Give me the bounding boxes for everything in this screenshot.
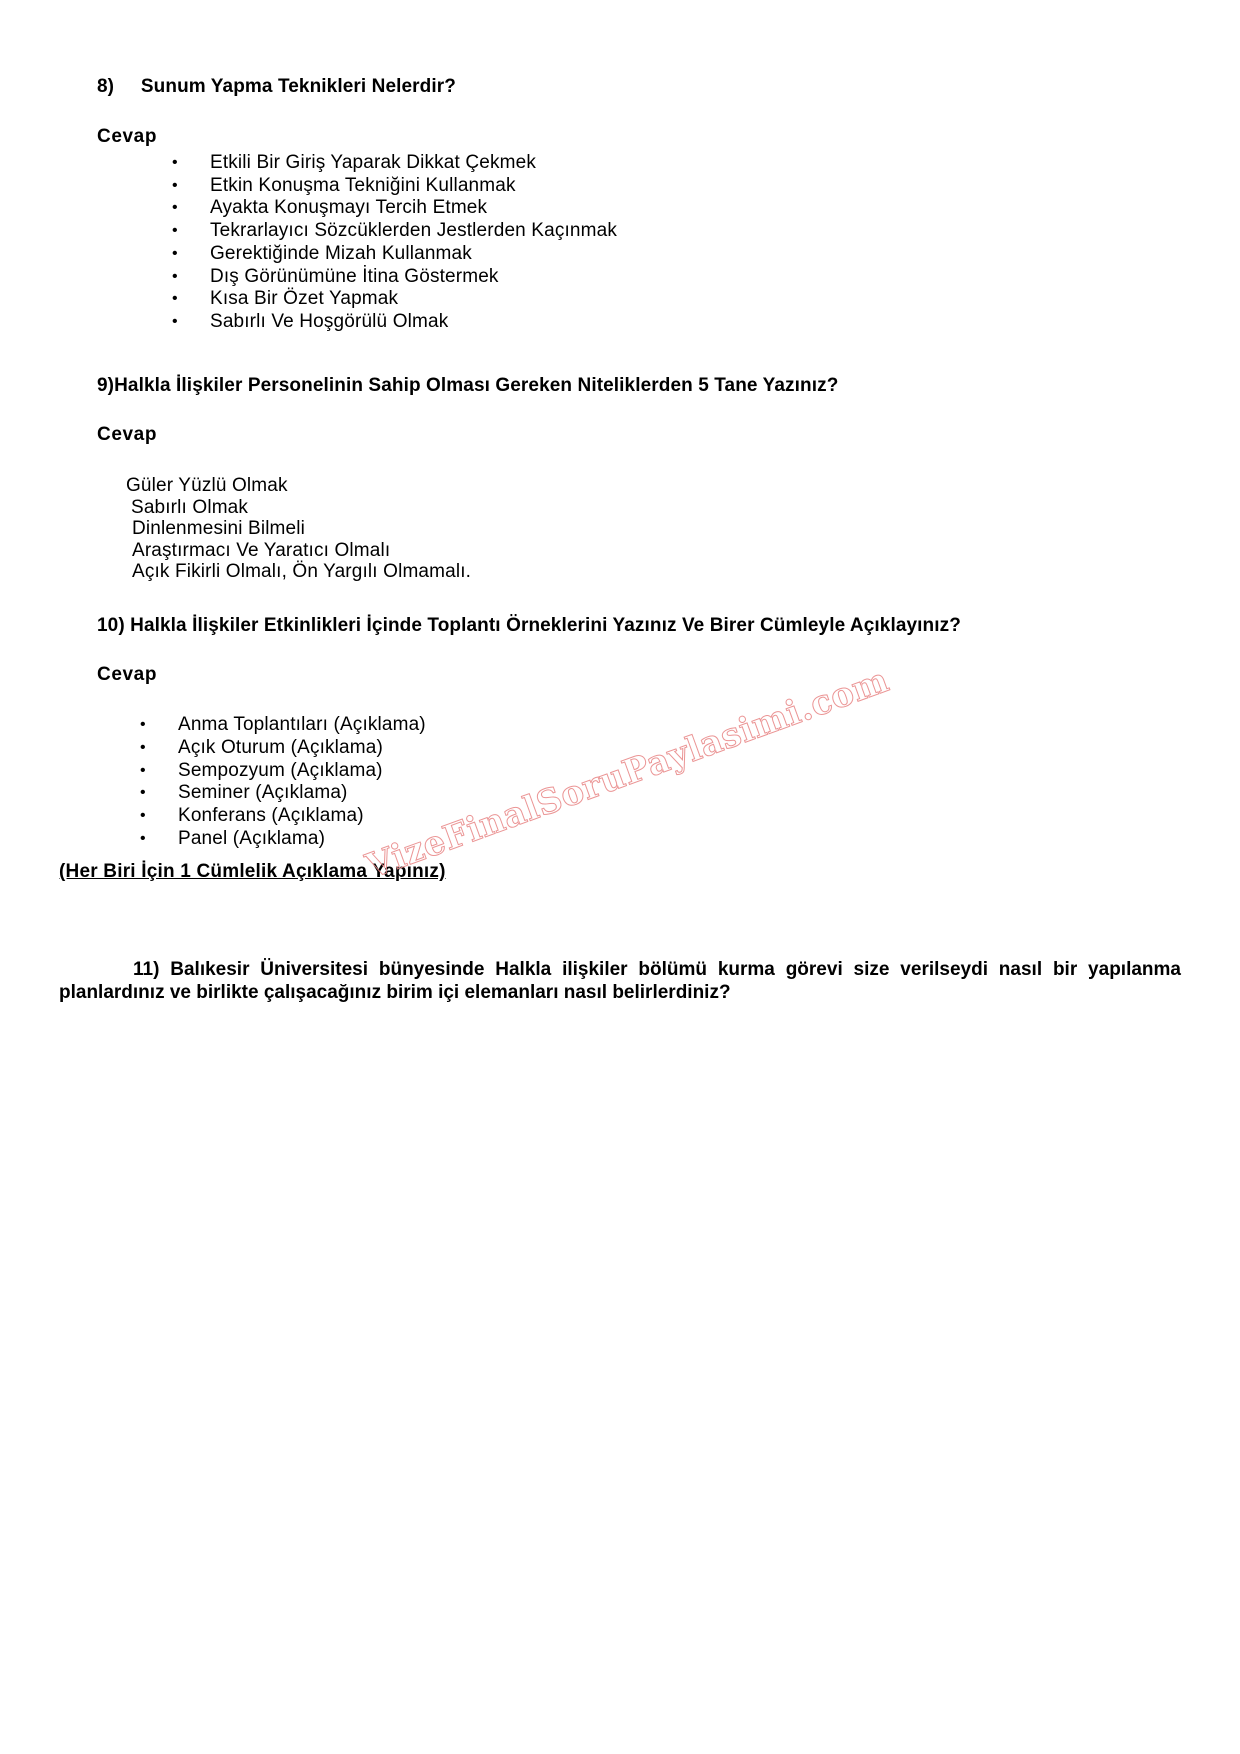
question-11-paragraph: 11) Balıkesir Üniversitesi bünyesinde Ha… — [59, 958, 1181, 1004]
question-10-answer-label: Cevap — [97, 664, 157, 686]
document-page: 8) Sunum Yapma Teknikleri Nelerdir? Ceva… — [0, 0, 1240, 1754]
bullet-icon: • — [140, 762, 146, 780]
list-item-text: Araştırmacı Ve Yaratıcı Olmalı — [132, 540, 390, 562]
list-item-text: Sabırlı Olmak — [131, 497, 248, 519]
list-item-text: Dinlenmesini Bilmeli — [132, 518, 305, 540]
list-item-text: Sempozyum (Açıklama) — [178, 760, 383, 782]
bullet-icon: • — [172, 245, 178, 263]
list-item-text: Etkin Konuşma Tekniğini Kullanmak — [210, 175, 516, 197]
list-item-text: Panel (Açıklama) — [178, 828, 325, 850]
question-8-title: Sunum Yapma Teknikleri Nelerdir? — [141, 76, 456, 97]
list-item-text: Etkili Bir Giriş Yaparak Dikkat Çekmek — [210, 152, 536, 174]
list-item-text: Güler Yüzlü Olmak — [126, 475, 288, 497]
bullet-icon: • — [140, 807, 146, 825]
list-item-text: Açık Fikirli Olmalı, Ön Yargılı Olmamalı… — [132, 561, 471, 583]
list-item-text: Gerektiğinde Mizah Kullanmak — [210, 243, 472, 265]
bullet-icon: • — [172, 268, 178, 286]
list-item-text: Kısa Bir Özet Yapmak — [210, 288, 398, 310]
bullet-icon: • — [172, 154, 178, 172]
bullet-icon: • — [172, 199, 178, 217]
list-item-text: Dış Görünümüne İtina Göstermek — [210, 266, 499, 288]
watermark-text: VizeFinalSoruPaylasimi.com — [361, 660, 894, 887]
list-item-text: Konferans (Açıklama) — [178, 805, 364, 827]
bullet-icon: • — [172, 290, 178, 308]
bullet-icon: • — [140, 784, 146, 802]
question-8-answer-label: Cevap — [97, 126, 157, 148]
list-item-text: Anma Toplantıları (Açıklama) — [178, 714, 426, 736]
bullet-icon: • — [140, 830, 146, 848]
list-item-text: Ayakta Konuşmayı Tercih Etmek — [210, 197, 487, 219]
question-9-answer-label: Cevap — [97, 424, 157, 446]
bullet-icon: • — [172, 313, 178, 331]
list-item-text: Seminer (Açıklama) — [178, 782, 348, 804]
list-item-text: Tekrarlayıcı Sözcüklerden Jestlerden Kaç… — [210, 220, 617, 242]
list-item-text: Açık Oturum (Açıklama) — [178, 737, 383, 759]
bullet-icon: • — [140, 716, 146, 734]
question-9-heading: 9)Halkla İlişkiler Personelinin Sahip Ol… — [97, 375, 838, 397]
question-8-number: 8) — [97, 76, 114, 97]
list-item-text: Sabırlı Ve Hoşgörülü Olmak — [210, 311, 448, 333]
question-8-heading: 8) Sunum Yapma Teknikleri Nelerdir? — [97, 76, 456, 98]
bullet-icon: • — [172, 222, 178, 240]
question-11-text: 11) Balıkesir Üniversitesi bünyesinde Ha… — [59, 959, 1181, 1003]
bullet-icon: • — [172, 177, 178, 195]
question-10-heading: 10) Halkla İlişkiler Etkinlikleri İçinde… — [97, 615, 961, 637]
bullet-icon: • — [140, 739, 146, 757]
